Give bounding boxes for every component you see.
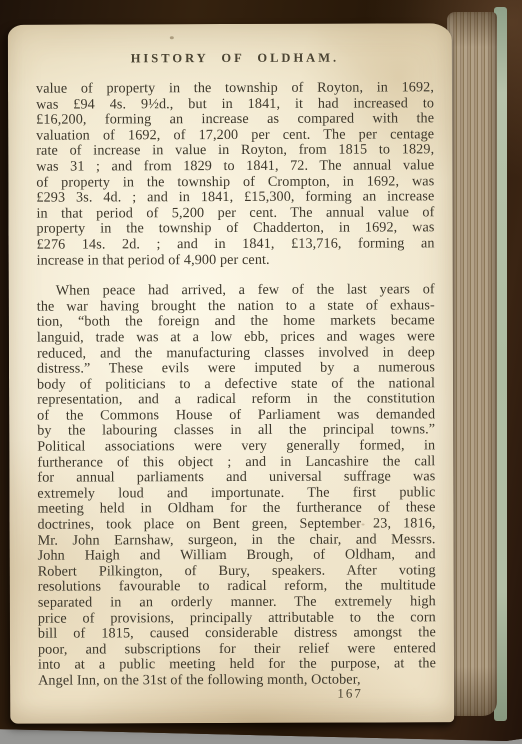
text-block: value of property in the township of Roy… [36,80,436,689]
text-line: increase in that period of 4,900 per cen… [37,252,435,269]
page-number: 167 [310,685,390,701]
page-speck [170,36,174,39]
text-line: £276 14s. 2d. ; and in 1841, £13,716, fo… [37,236,435,253]
paragraph: value of property in the township of Roy… [36,80,435,269]
book-photo: HISTORY OF OLDHAM. value of property in … [0,0,522,744]
book-page: HISTORY OF OLDHAM. value of property in … [8,23,454,724]
running-header: HISTORY OF OLDHAM. [36,50,434,66]
paragraph: When peace had arrived, a few of the las… [37,282,436,689]
book-fore-edge-pages [447,12,497,716]
